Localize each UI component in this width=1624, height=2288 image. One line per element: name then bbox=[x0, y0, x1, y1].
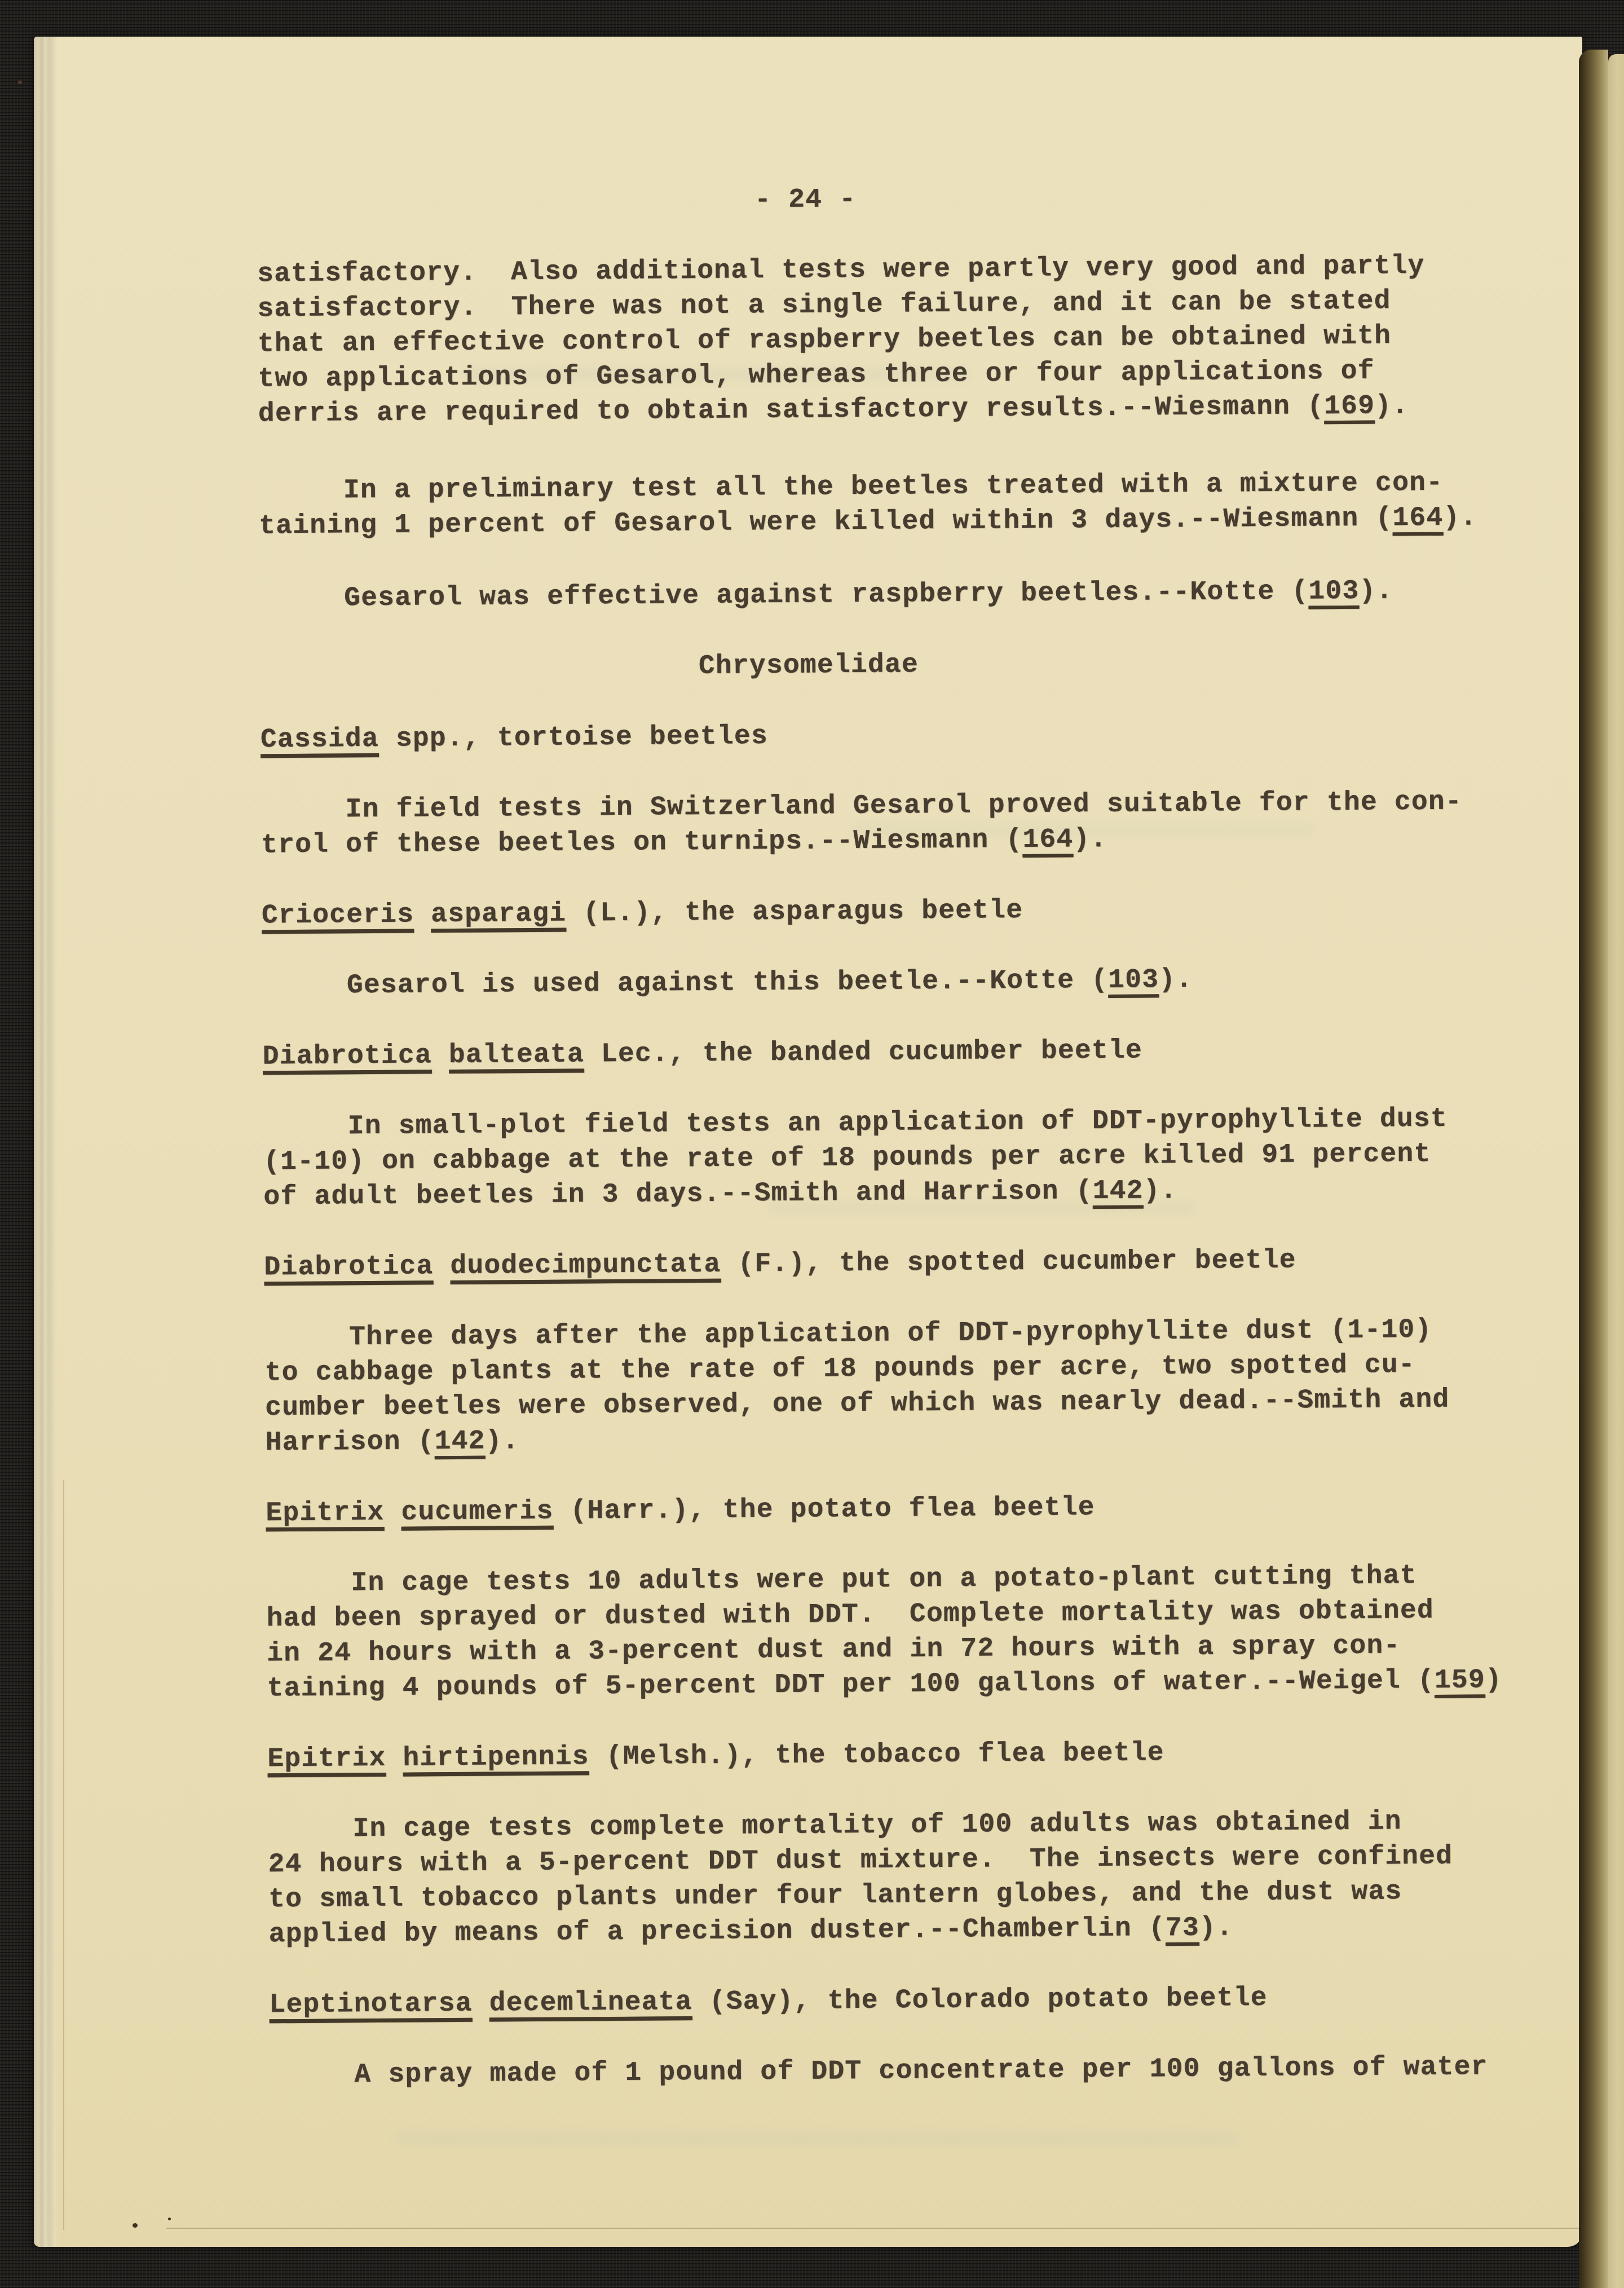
underlined-text: 164 bbox=[1392, 503, 1443, 534]
text-segment: taining 1 percent of Gesarol were killed… bbox=[259, 503, 1393, 541]
text-segment: in 24 hours with a 3-percent dust and in… bbox=[267, 1631, 1401, 1669]
text-segment: satisfactory. There was not a single fai… bbox=[257, 286, 1391, 324]
dust-speck bbox=[133, 2223, 138, 2228]
text-segment: In cage tests 10 adults were put on a po… bbox=[266, 1561, 1417, 1599]
text-line: Gesarol was effective against raspberry … bbox=[259, 572, 1573, 616]
text-line: Cassida spp., tortoise beetles bbox=[261, 713, 1574, 757]
text-segment: to small tobacco plants under four lante… bbox=[268, 1876, 1402, 1915]
text-segment: (F.), the spotted cucumber beetle bbox=[721, 1245, 1296, 1280]
text-segment bbox=[384, 1498, 401, 1528]
text-segment: derris are required to obtain satisfacto… bbox=[258, 391, 1325, 429]
photographed-book-scene: { "colors":{ "background_fabric":"#201f1… bbox=[0, 0, 1624, 2288]
text-line: Leptinotarsa decemlineata (Say), the Col… bbox=[269, 1978, 1583, 2022]
paragraph-cassida: In field tests in Switzerland Gesarol pr… bbox=[261, 784, 1576, 863]
text-segment: spp., tortoise beetles bbox=[379, 721, 768, 754]
underlined-text: 142 bbox=[1093, 1176, 1144, 1207]
text-segment: ). bbox=[485, 1426, 519, 1456]
paragraph-preliminary-test: In a preliminary test all the beetles tr… bbox=[259, 465, 1573, 544]
species-heading-cassida: Cassida spp., tortoise beetles bbox=[261, 713, 1574, 757]
text-segment: Lec., the banded cucumber beetle bbox=[584, 1035, 1143, 1070]
text-segment: - 24 - bbox=[754, 184, 856, 215]
text-segment: ). bbox=[1159, 965, 1193, 995]
underlined-text: 169 bbox=[1324, 391, 1375, 422]
text-segment: of adult beetles in 3 days.--Smith and H… bbox=[263, 1176, 1093, 1212]
text-segment bbox=[386, 1743, 403, 1774]
text-segment: A spray made of 1 pound of DDT concentra… bbox=[270, 2052, 1488, 2091]
species-heading-epitrix-cucumeris: Epitrix cucumeris (Harr.), the potato fl… bbox=[266, 1487, 1579, 1531]
paragraph-epitrix-hirtipennis: In cage tests complete mortality of 100 … bbox=[268, 1803, 1583, 1952]
species-heading-diabrotica-balteata: Diabrotica balteata Lec., the banded cuc… bbox=[263, 1030, 1577, 1074]
underlined-text: Diabrotica bbox=[263, 1040, 432, 1072]
show-through-smudge bbox=[395, 2131, 1241, 2146]
text-line: Chrysomelidae bbox=[260, 644, 1357, 687]
text-line: Gesarol is used against this beetle.--Ko… bbox=[262, 960, 1576, 1004]
text-segment: ). bbox=[1443, 502, 1477, 533]
underlined-text: asparagi bbox=[431, 899, 566, 930]
text-line: Epitrix cucumeris (Harr.), the potato fl… bbox=[266, 1487, 1579, 1531]
paragraph-crioceris: Gesarol is used against this beetle.--Ko… bbox=[262, 960, 1576, 1004]
text-segment bbox=[472, 1989, 489, 2019]
underlined-text: Leptinotarsa bbox=[269, 1989, 472, 2021]
text-segment: taining 4 pounds of 5-percent DDT per 10… bbox=[267, 1666, 1435, 1704]
text-segment: ). bbox=[1375, 391, 1409, 421]
text-segment: 24 hours with a 5-percent DDT dust mixtu… bbox=[268, 1841, 1453, 1880]
text-segment: Chrysomelidae bbox=[699, 650, 919, 682]
text-segment: In field tests in Switzerland Gesarol pr… bbox=[261, 787, 1463, 826]
text-line: - 24 - bbox=[257, 179, 1354, 222]
text-segment: ). bbox=[1359, 576, 1393, 606]
text-segment: to cabbage plants at the rate of 18 poun… bbox=[265, 1350, 1416, 1388]
species-heading-crioceris: Crioceris asparagi (L.), the asparagus b… bbox=[262, 889, 1576, 933]
paragraph-epitrix-cucumeris: In cage tests 10 adults were put on a po… bbox=[266, 1557, 1581, 1706]
document-page: - 24 -satisfactory. Also additional test… bbox=[34, 37, 1582, 2247]
paragraph-leptinotarsa: A spray made of 1 pound of DDT concentra… bbox=[270, 2049, 1583, 2093]
text-segment: two applications of Gesarol, whereas thr… bbox=[258, 356, 1375, 395]
text-segment: trol of these beetles on turnips.--Wiesm… bbox=[261, 825, 1023, 860]
text-segment: In cage tests complete mortality of 100 … bbox=[268, 1806, 1402, 1845]
underlined-text: duodecimpunctata bbox=[450, 1249, 721, 1282]
text-segment: (Harr.), the potato flea beetle bbox=[553, 1492, 1095, 1527]
text-segment: Harrison ( bbox=[265, 1426, 434, 1458]
text-segment bbox=[414, 899, 431, 930]
text-segment: satisfactory. Also additional tests were… bbox=[257, 251, 1425, 289]
text-segment: In small-plot field tests an application… bbox=[263, 1104, 1448, 1143]
text-segment: that an effective control of raspberry b… bbox=[258, 321, 1392, 359]
text-segment: applied by means of a precision duster.-… bbox=[268, 1913, 1166, 1950]
underlined-text: Epitrix bbox=[267, 1743, 386, 1774]
page-gutter-shadow bbox=[1579, 50, 1608, 2288]
underlined-text: Diabrotica bbox=[264, 1251, 433, 1283]
underlined-text: Epitrix bbox=[266, 1498, 384, 1529]
text-segment: Gesarol was effective against raspberry … bbox=[259, 576, 1309, 614]
page-number: - 24 - bbox=[257, 179, 1354, 222]
species-heading-epitrix-hirtipennis: Epitrix hirtipennis (Melsh.), the tobacc… bbox=[267, 1733, 1581, 1777]
paragraph-gesarol-raspberry: Gesarol was effective against raspberry … bbox=[259, 572, 1573, 616]
underlined-text: Cassida bbox=[261, 724, 379, 755]
underlined-text: 164 bbox=[1022, 824, 1073, 855]
text-segment bbox=[433, 1251, 450, 1282]
species-heading-leptinotarsa: Leptinotarsa decemlineata (Say), the Col… bbox=[269, 1978, 1583, 2022]
page-stack-edge bbox=[34, 37, 58, 2247]
text-segment: Three days after the application of DDT-… bbox=[264, 1315, 1432, 1353]
paragraph-diabrotica-duodecimpunctata: Three days after the application of DDT-… bbox=[264, 1311, 1579, 1460]
underlined-text: 103 bbox=[1308, 576, 1359, 607]
family-heading-chrysomelidae: Chrysomelidae bbox=[260, 644, 1357, 687]
text-segment: In a preliminary test all the beetles tr… bbox=[259, 468, 1444, 507]
next-page-edge bbox=[1608, 54, 1624, 2288]
document-text: - 24 -satisfactory. Also additional test… bbox=[257, 177, 1584, 2128]
paragraph-diabrotica-balteata: In small-plot field tests an application… bbox=[263, 1101, 1577, 1214]
underlined-text: decemlineata bbox=[489, 1987, 692, 2019]
text-segment bbox=[432, 1040, 449, 1071]
text-line: Crioceris asparagi (L.), the asparagus b… bbox=[262, 889, 1576, 933]
underlined-text: balteata bbox=[449, 1039, 584, 1071]
text-line: Diabrotica balteata Lec., the banded cuc… bbox=[263, 1030, 1577, 1074]
text-segment: cumber beetles were observed, one of whi… bbox=[265, 1385, 1450, 1424]
species-heading-diabrotica-duodecimpunctata: Diabrotica duodecimpunctata (F.), the sp… bbox=[264, 1241, 1578, 1285]
underlined-text: Crioceris bbox=[262, 900, 414, 931]
underlined-text: cucumeris bbox=[401, 1496, 553, 1528]
text-segment: (Melsh.), the tobacco flea beetle bbox=[589, 1738, 1164, 1772]
text-segment: ). bbox=[1073, 824, 1107, 855]
text-segment: ). bbox=[1144, 1176, 1177, 1206]
underlined-text: 159 bbox=[1435, 1665, 1485, 1696]
underlined-text: hirtipennis bbox=[403, 1742, 589, 1773]
text-segment: had been sprayed or dusted with DDT. Com… bbox=[267, 1596, 1435, 1634]
text-segment: ). bbox=[1199, 1912, 1233, 1943]
text-segment: (L.), the asparagus beetle bbox=[566, 895, 1023, 929]
underlined-text: 142 bbox=[434, 1426, 485, 1457]
intro-paragraph-continued: satisfactory. Also additional tests were… bbox=[257, 248, 1572, 431]
text-line: A spray made of 1 pound of DDT concentra… bbox=[270, 2049, 1583, 2093]
text-segment: Gesarol is used against this beetle.--Ko… bbox=[262, 965, 1109, 1001]
dust-speck bbox=[18, 81, 22, 84]
text-segment: (Say), the Colorado potato beetle bbox=[692, 1983, 1268, 2017]
text-line: Diabrotica duodecimpunctata (F.), the sp… bbox=[264, 1241, 1578, 1285]
dust-speck bbox=[168, 2218, 171, 2220]
text-line: Epitrix hirtipennis (Melsh.), the tobacc… bbox=[267, 1733, 1581, 1777]
underlined-text: 103 bbox=[1108, 965, 1159, 996]
underlined-text: 73 bbox=[1166, 1913, 1199, 1944]
left-crease-line bbox=[63, 1480, 64, 2230]
text-segment: ) bbox=[1485, 1665, 1502, 1695]
bottom-crease-line bbox=[166, 2228, 1579, 2229]
text-segment: (1-10) on cabbage at the rate of 18 poun… bbox=[263, 1139, 1431, 1177]
